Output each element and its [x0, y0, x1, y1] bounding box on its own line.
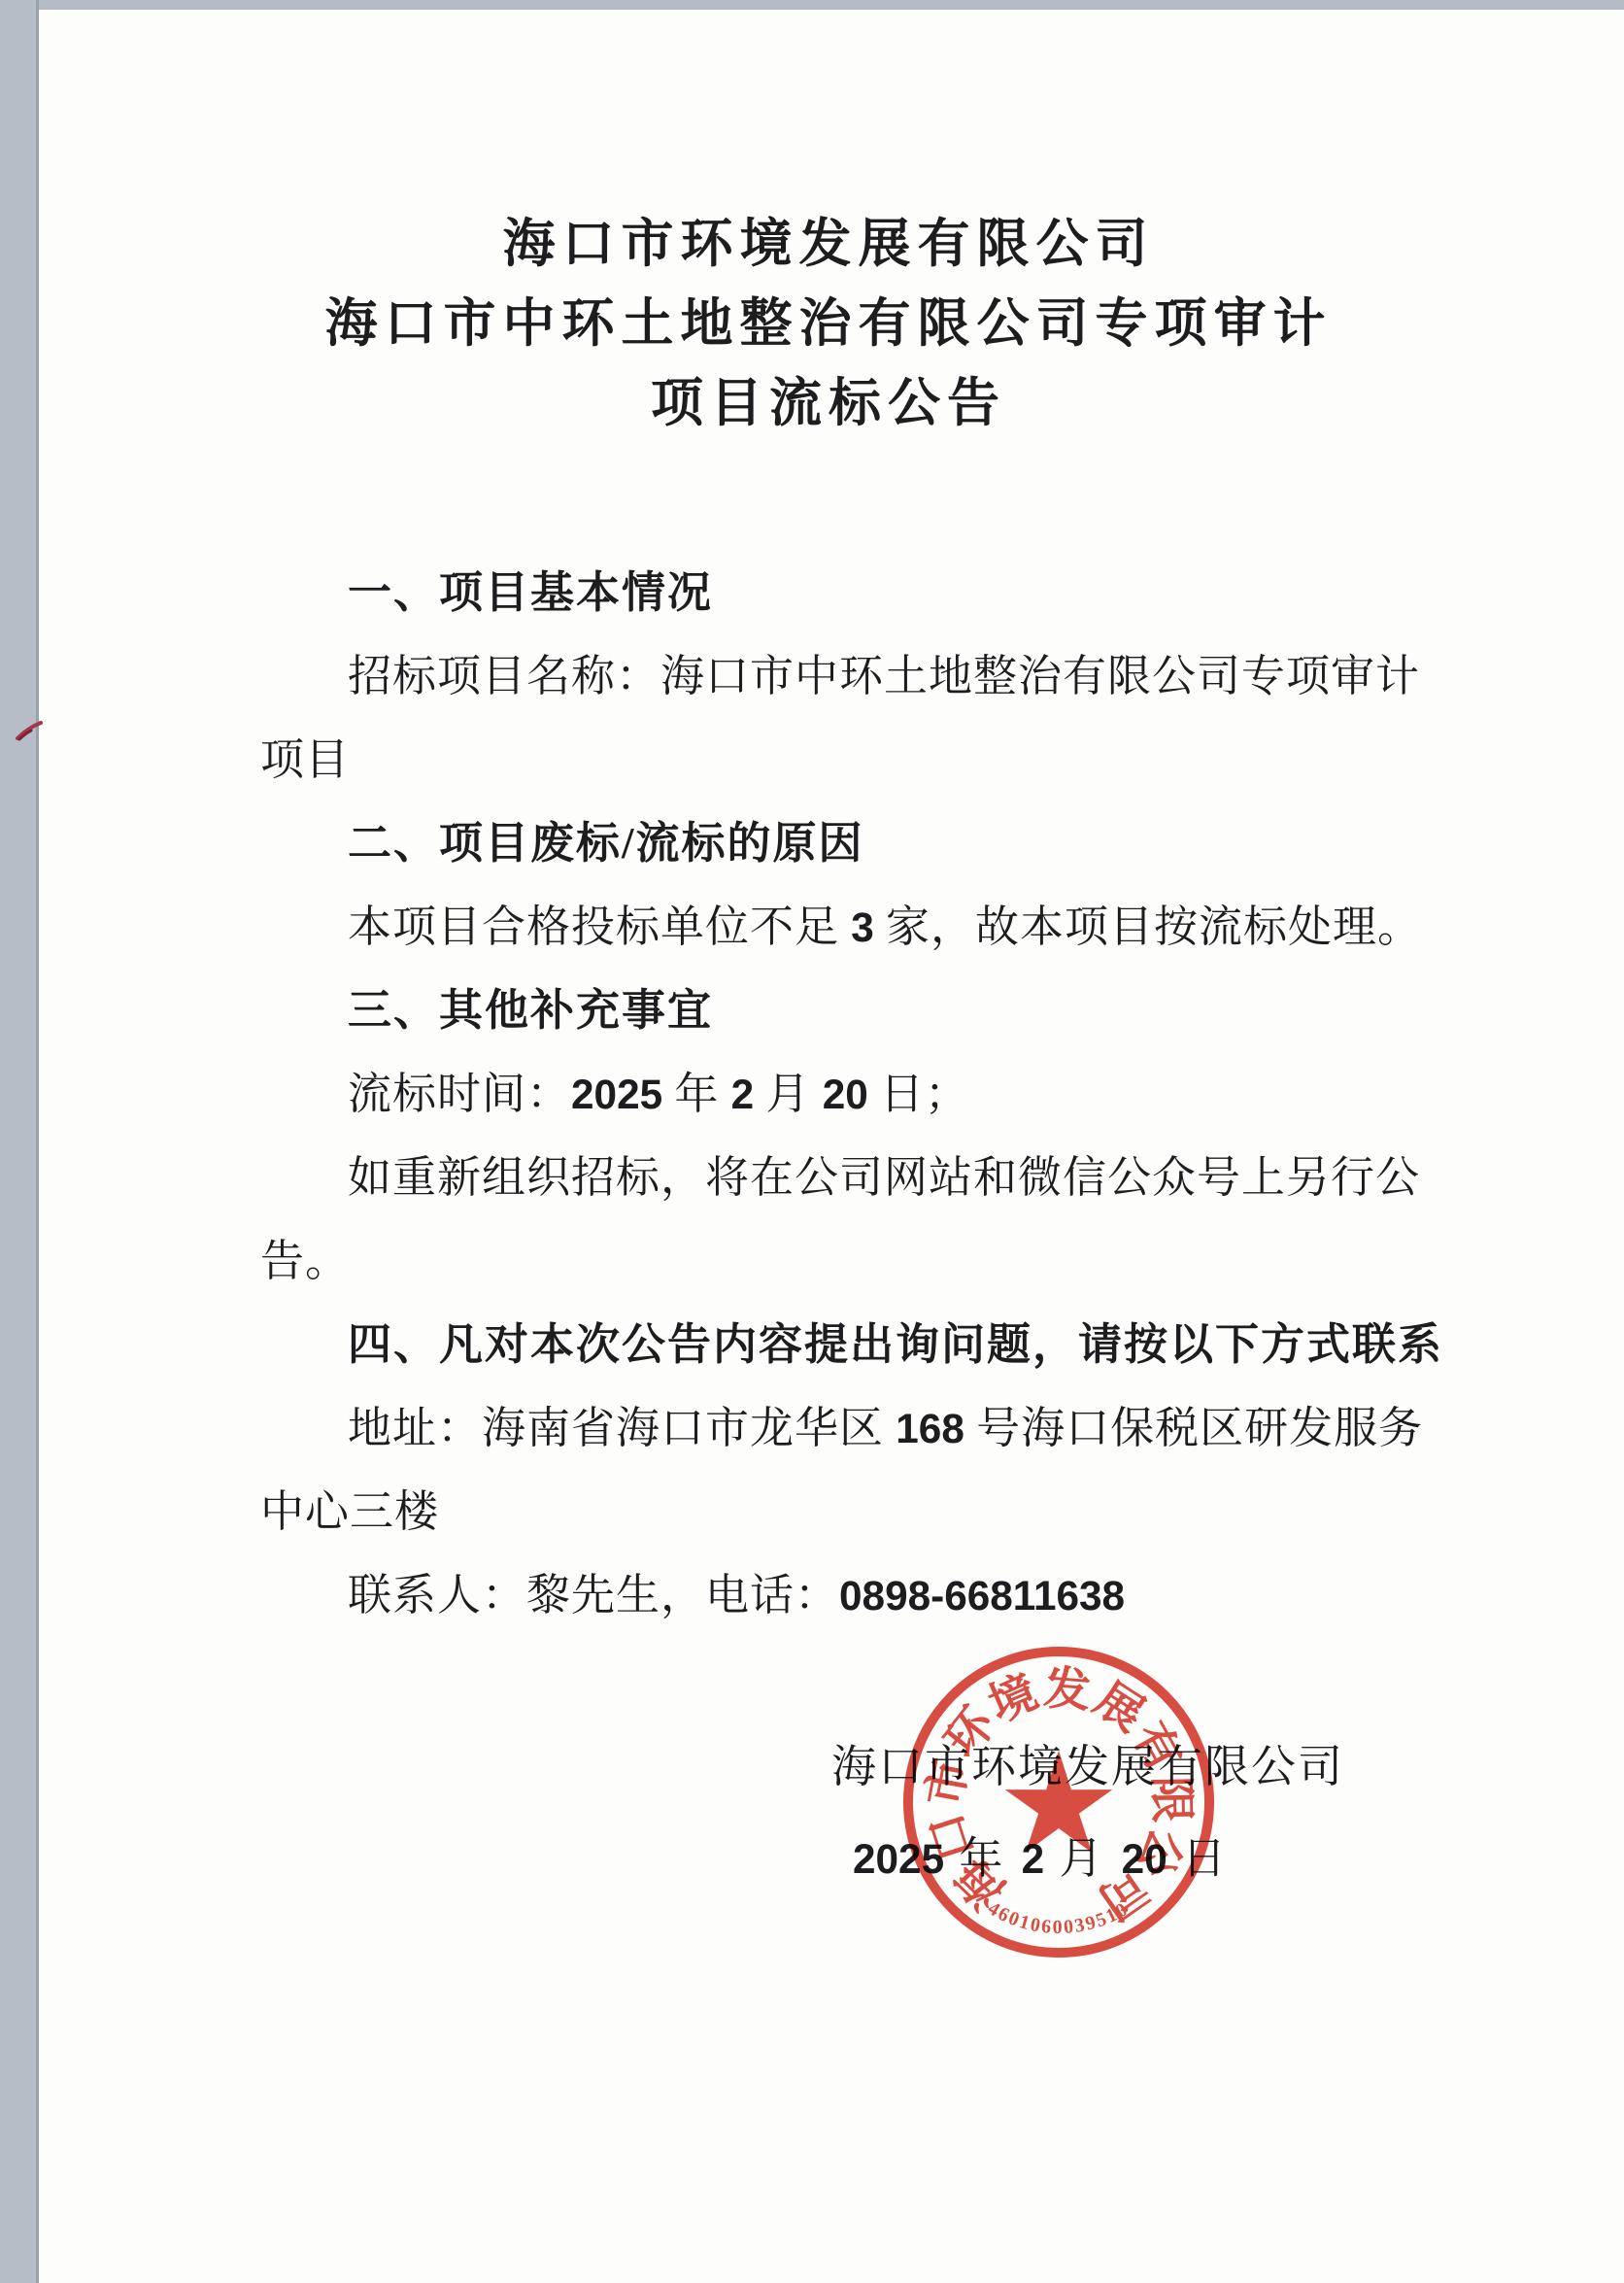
title-line: 项目流标公告: [260, 363, 1397, 443]
body-line: 一、项目基本情况: [260, 551, 1416, 634]
body-line: 二、项目废标/流标的原因: [260, 801, 1416, 885]
body-line: 地址：海南省海口市龙华区 168 号海口保税区研发服务: [260, 1386, 1416, 1470]
body-line: 中心三楼: [260, 1470, 1416, 1553]
document-title: 海口市环境发展有限公司 海口市中环土地整治有限公司专项审计 项目流标公告: [260, 204, 1397, 443]
body-line: 联系人：黎先生，电话：0898-66811638: [260, 1553, 1416, 1637]
title-line: 海口市环境发展有限公司: [260, 204, 1397, 284]
scan-edge-top: [0, 0, 1624, 10]
body-line: 如重新组织招标，将在公司网站和微信公众号上另行公: [260, 1136, 1416, 1219]
body-line: 项目: [260, 718, 1416, 801]
scanned-document-page: 海口市环境发展有限公司 海口市中环土地整治有限公司专项审计 项目流标公告 一、项…: [0, 0, 1624, 2283]
title-line: 海口市中环土地整治有限公司专项审计: [260, 284, 1397, 363]
body-line: 四、凡对本次公告内容提出询问题，请按以下方式联系: [260, 1303, 1416, 1386]
scan-edge-left: [0, 0, 39, 2283]
body-line: 三、其他补充事宜: [260, 969, 1416, 1052]
body-line: 本项目合格投标单位不足 3 家，故本项目按流标处理。: [260, 885, 1416, 969]
document-body: 一、项目基本情况 招标项目名称：海口市中环土地整治有限公司专项审计 项目 二、项…: [260, 551, 1416, 1637]
body-line: 招标项目名称：海口市中环土地整治有限公司专项审计: [260, 634, 1416, 718]
stamp-star-icon: [1005, 1751, 1112, 1853]
pen-mark-icon: [12, 705, 51, 748]
body-line: 流标时间：2025 年 2 月 20 日；: [260, 1052, 1416, 1136]
body-line: 告。: [260, 1219, 1416, 1303]
company-seal-stamp: 海口市环境发展有限公司 4601060039510: [894, 1637, 1224, 1967]
